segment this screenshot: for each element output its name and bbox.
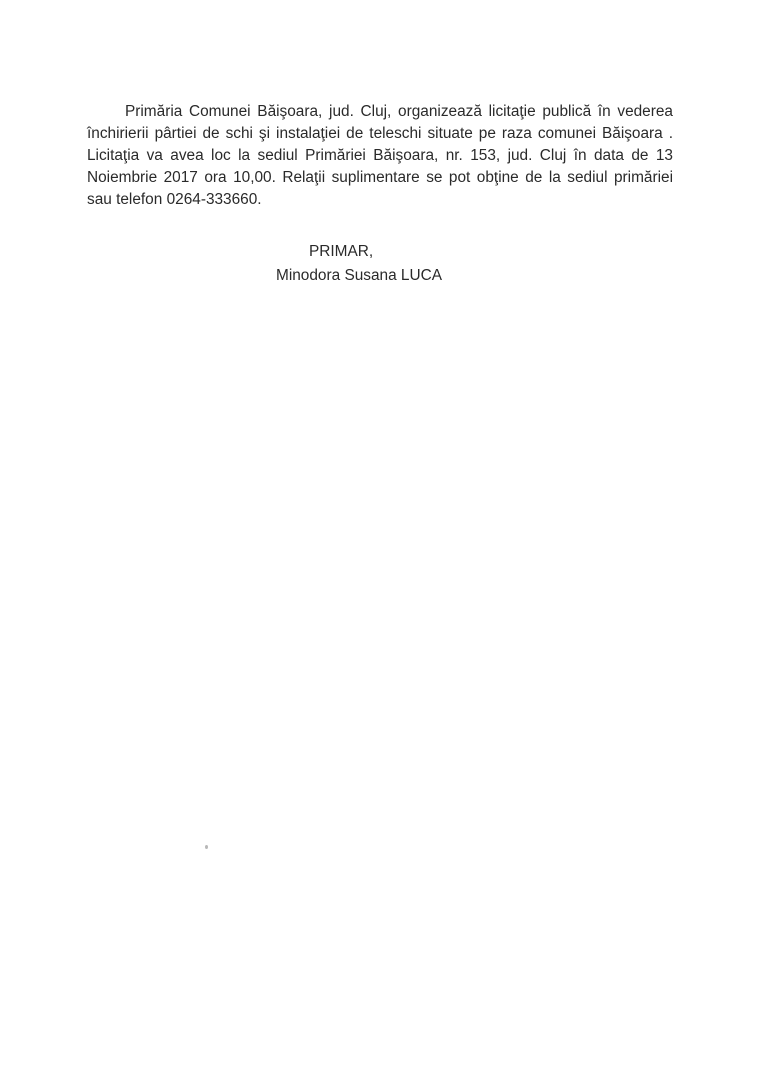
scan-artifact bbox=[205, 845, 208, 849]
announcement-paragraph: Primăria Comunei Băişoara, jud. Cluj, or… bbox=[87, 101, 673, 211]
signature-name: Minodora Susana LUCA bbox=[250, 264, 490, 288]
document-page: Primăria Comunei Băişoara, jud. Cluj, or… bbox=[0, 0, 760, 1084]
signature-title: PRIMAR, bbox=[250, 240, 490, 264]
signature-block: PRIMAR, Minodora Susana LUCA bbox=[250, 240, 490, 288]
